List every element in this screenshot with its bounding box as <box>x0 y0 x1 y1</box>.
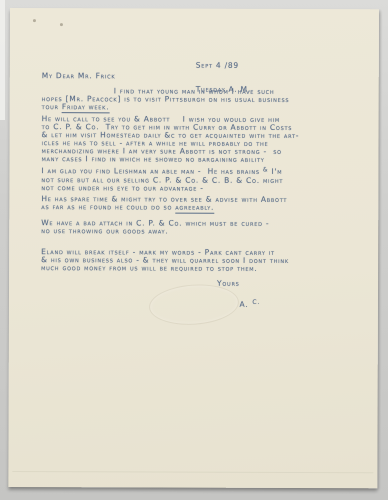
letter-paragraph: Eland will break itself - mark my words … <box>41 248 289 273</box>
closing: Yours <box>217 280 240 288</box>
letter-line: as far as he found he could do so agreea… <box>41 203 287 212</box>
text-segment: not come under his eye to our advantage … <box>41 183 203 193</box>
date-line: Sept 4 /89 <box>196 62 251 70</box>
salutation: My Dear Mr. Frick <box>42 72 116 80</box>
letter-paragraph: He has spare time & might try to over se… <box>41 195 287 212</box>
letter-body: I find that young man in whom I have suc… <box>10 8 379 9</box>
signature-initials: A.C. <box>227 293 260 318</box>
signature-second-initial: C. <box>252 299 260 307</box>
letter-line: not come under his eye to our advantage … <box>41 184 283 193</box>
letter-line: much good money from us will be required… <box>41 264 289 273</box>
paper-crease <box>12 471 373 473</box>
letter-paragraph: I find that young man in whom I have suc… <box>42 87 290 112</box>
text-segment: I'm <box>268 167 282 176</box>
text-segment: as far as he found he could do so <box>41 202 175 211</box>
text-segment: no use throwing our goods away. <box>41 226 168 235</box>
underlined-text: Friday week. <box>62 102 109 113</box>
pin-hole-mark <box>60 23 63 26</box>
scanned-letter-page: { "colors": { "paper": "#ebe6d5", "backg… <box>0 0 388 500</box>
letter-paper: Sept 4 /89 Tuesday A. M. My Dear Mr. Fri… <box>8 8 379 488</box>
letter-line: many cases I find in which he showed no … <box>41 155 299 164</box>
text-segment: much good money from us will be required… <box>41 263 257 273</box>
text-segment: many cases I find in which he showed no … <box>41 154 264 164</box>
pin-hole-mark <box>33 19 36 22</box>
letter-line: tour Friday week. <box>42 103 290 112</box>
signature-first-initial: A. <box>239 300 248 309</box>
letter-paragraph: We have a bad attach in C. P. & Co. whic… <box>41 219 269 236</box>
letter-paragraph: I am glad you find Leishman an able man … <box>41 167 283 193</box>
scan-edge-artifact <box>0 0 5 120</box>
text-segment: & <box>263 166 268 174</box>
underlined-text: agreeably. <box>175 203 214 214</box>
letter-paragraph: He will call to see you & Abbott I wish … <box>41 115 299 164</box>
text-segment: tour <box>42 102 62 111</box>
letter-line: no use throwing our goods away. <box>41 227 269 236</box>
